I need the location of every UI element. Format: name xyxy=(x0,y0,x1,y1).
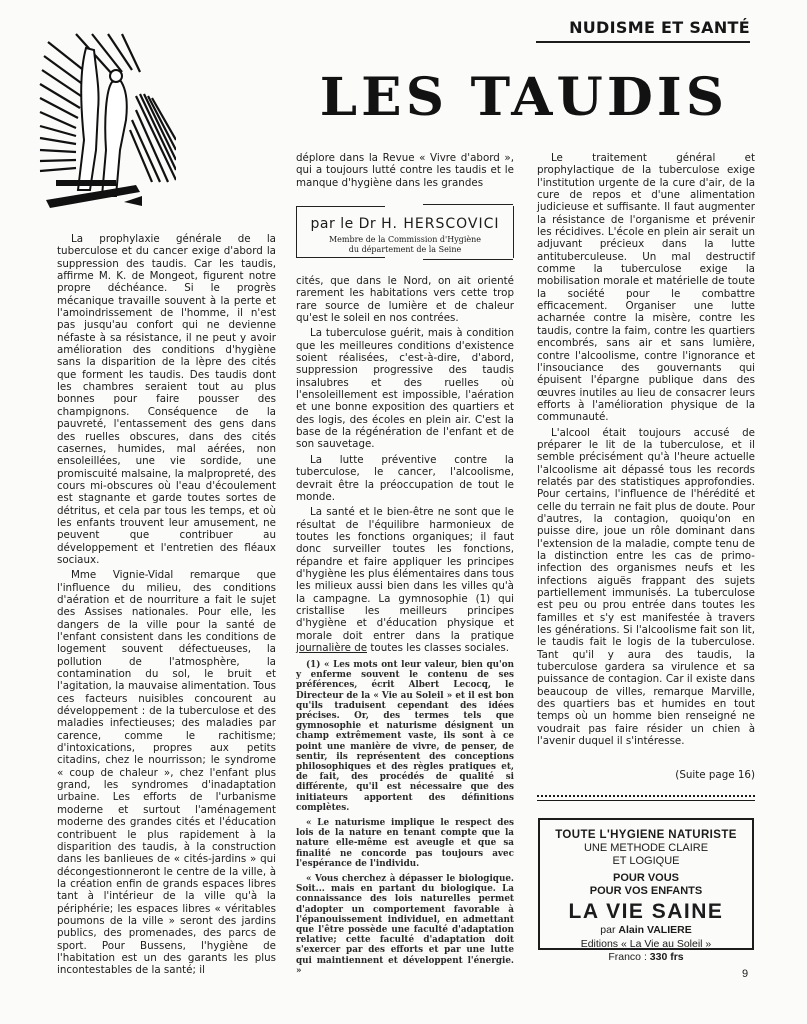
article-title: LES TAUDIS xyxy=(285,72,762,124)
column-2: cités, que dans le Nord, on ait orienté … xyxy=(296,275,514,654)
byline-role: Membre de la Commission d'Hygiène du dép… xyxy=(297,235,513,255)
book-advert: TOUTE L'HYGIENE NATURISTE UNE METHODE CL… xyxy=(538,818,754,950)
footnote-paragraph: « Le naturisme implique le respect des l… xyxy=(296,818,514,869)
dotted-divider xyxy=(537,795,755,801)
footnote-paragraph: (1) « Les mots ont leur valeur, bien qu'… xyxy=(296,660,514,813)
body-paragraph: La lutte préventive contre la tuberculos… xyxy=(296,454,514,503)
footnote-divider xyxy=(299,652,367,653)
continued-link: (Suite page 16) xyxy=(660,769,755,781)
advert-publisher: Editions « La Vie au Soleil » Franco : 3… xyxy=(540,938,752,964)
body-paragraph: La prophylaxie générale de la tuberculos… xyxy=(57,233,276,566)
body-paragraph: Le traitement général et prophylactique … xyxy=(537,152,755,424)
body-paragraph: L'alcool était toujours accusé de prépar… xyxy=(537,427,755,748)
byline-author: par le Dr H. HERSCOVICI xyxy=(297,216,513,232)
column-1: La prophylaxie générale de la tuberculos… xyxy=(57,233,276,977)
advert-book-title: LA VIE SAINE xyxy=(540,900,752,924)
woodcut-illustration-icon xyxy=(36,30,176,210)
byline-box: par le Dr H. HERSCOVICI Membre de la Com… xyxy=(296,206,514,258)
body-paragraph: Mme Vignie-Vidal remarque que l'influenc… xyxy=(57,569,276,976)
advert-author: par Alain VALIERE xyxy=(540,924,752,936)
section-rubric: NUDISME ET SANTÉ xyxy=(536,18,750,43)
advert-audience: POUR VOUS POUR VOS ENFANTS xyxy=(540,872,752,898)
column-3: Le traitement général et prophylactique … xyxy=(537,152,755,748)
advert-subline: UNE METHODE CLAIRE ET LOGIQUE xyxy=(540,842,752,868)
body-paragraph: La santé et le bien-être ne sont que le … xyxy=(296,506,514,654)
column-2-top: déplore dans la Revue « Vivre d'abord »,… xyxy=(296,152,514,189)
footnote-paragraph: « Vous cherchez à dépasser le biologique… xyxy=(296,874,514,976)
body-paragraph: déplore dans la Revue « Vivre d'abord »,… xyxy=(296,152,514,189)
advert-price: Franco : 330 frs xyxy=(540,951,752,964)
advert-headline: TOUTE L'HYGIENE NATURISTE xyxy=(540,829,752,841)
page-number: 9 xyxy=(742,968,748,980)
body-paragraph: cités, que dans le Nord, on ait orienté … xyxy=(296,275,514,324)
footnote: (1) « Les mots ont leur valeur, bien qu'… xyxy=(296,660,514,976)
body-paragraph: La tuberculose guérit, mais à condition … xyxy=(296,327,514,450)
